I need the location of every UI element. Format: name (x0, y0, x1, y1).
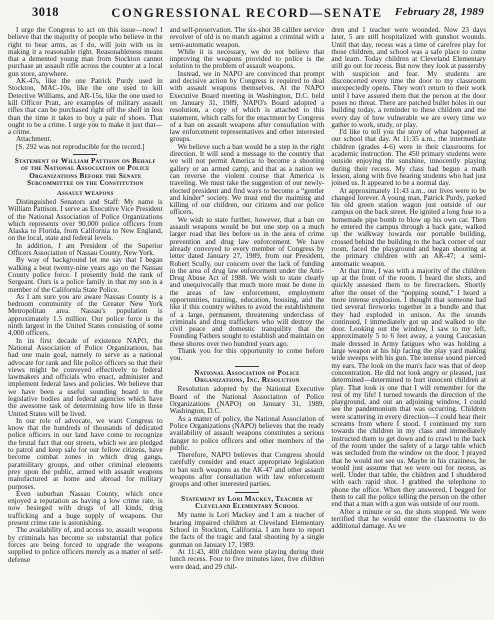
page-number: 3018 (32, 5, 59, 20)
document-page: 3018 CONGRESSIONAL RECORD—SENATE Februar… (0, 0, 494, 620)
paragraph-continuation: dren and 1 teacher were wounded. Now 23 … (331, 27, 486, 129)
paragraph: AK-47s, like the one Patrick Purdy used … (8, 78, 163, 136)
paragraph: I'd like to tell you the story of what h… (331, 129, 486, 187)
paragraph: In addition, I am President of the Super… (8, 243, 163, 258)
paragraph: In its first decade of existence NAPO, t… (8, 338, 163, 418)
paragraph: The availability of, and access to, assa… (8, 527, 163, 563)
paragraph: Distinguished Senators and Staff: My nam… (8, 199, 163, 243)
column-2: and self-preservation. The six-shot 38 c… (170, 27, 325, 607)
paragraph: My name is Lori Mackey and I am a teache… (170, 512, 325, 548)
paragraph: By way of background let me say that I b… (8, 257, 163, 293)
paragraph: While it is necessary, we do not believe… (170, 49, 325, 71)
paragraph: Even suburban Nassau County, which once … (8, 491, 163, 527)
column-1: I urge the Congress to act on this issue… (8, 27, 163, 607)
paragraph: Instead, we in NAPO are convinced that p… (170, 71, 325, 144)
paragraph: In our role of advocate, we want Congres… (8, 418, 163, 491)
page-date: February 28, 1989 (395, 6, 484, 18)
section-subheading: Assault Weapons (8, 190, 163, 197)
paragraph: After a minute or so, the shots stopped.… (331, 509, 486, 531)
paragraph: We believe such a ban would be a step in… (170, 144, 325, 217)
paragraph: At 11:43, 400 children were playing duri… (170, 549, 325, 571)
paragraph: As a matter of policy, the National Asso… (170, 416, 325, 452)
paragraph: Therefore, NAPO believes that Congress s… (170, 452, 325, 488)
section-divider (235, 366, 259, 367)
page-header: 3018 CONGRESSIONAL RECORD—SENATE Februar… (8, 5, 486, 23)
paragraph-continuation: and self-preservation. The six-shot 38 c… (170, 27, 325, 49)
paragraph: As I am sure you are aware Nassau County… (8, 294, 163, 338)
section-divider (235, 492, 259, 493)
paragraph: [S. 292 was not reproducible for the rec… (8, 144, 163, 151)
section-heading: Statement of William Pattison on Behalf … (12, 158, 159, 188)
paragraph: At that time, I was with a majority of t… (331, 268, 486, 509)
paragraph: I urge the Congress to act on this issue… (8, 27, 163, 78)
page-title: CONGRESSIONAL RECORD—SENATE (111, 6, 382, 21)
paragraph: Resolution adopted by the National Execu… (170, 386, 325, 415)
section-heading: National Association of Police Organizat… (174, 370, 321, 385)
paragraph: At approximately 11:43 a.m., our lives w… (331, 188, 486, 268)
section-divider (73, 154, 97, 155)
column-3: dren and 1 teacher were wounded. Now 23 … (331, 27, 486, 607)
paragraph: Thank you for this opportunity to come b… (170, 348, 325, 363)
text-columns: I urge the Congress to act on this issue… (8, 27, 486, 607)
section-heading: Statement by Lori Mackey, Teacher at Cle… (174, 496, 321, 511)
paragraph: We wish to state further, however, that … (170, 217, 325, 348)
